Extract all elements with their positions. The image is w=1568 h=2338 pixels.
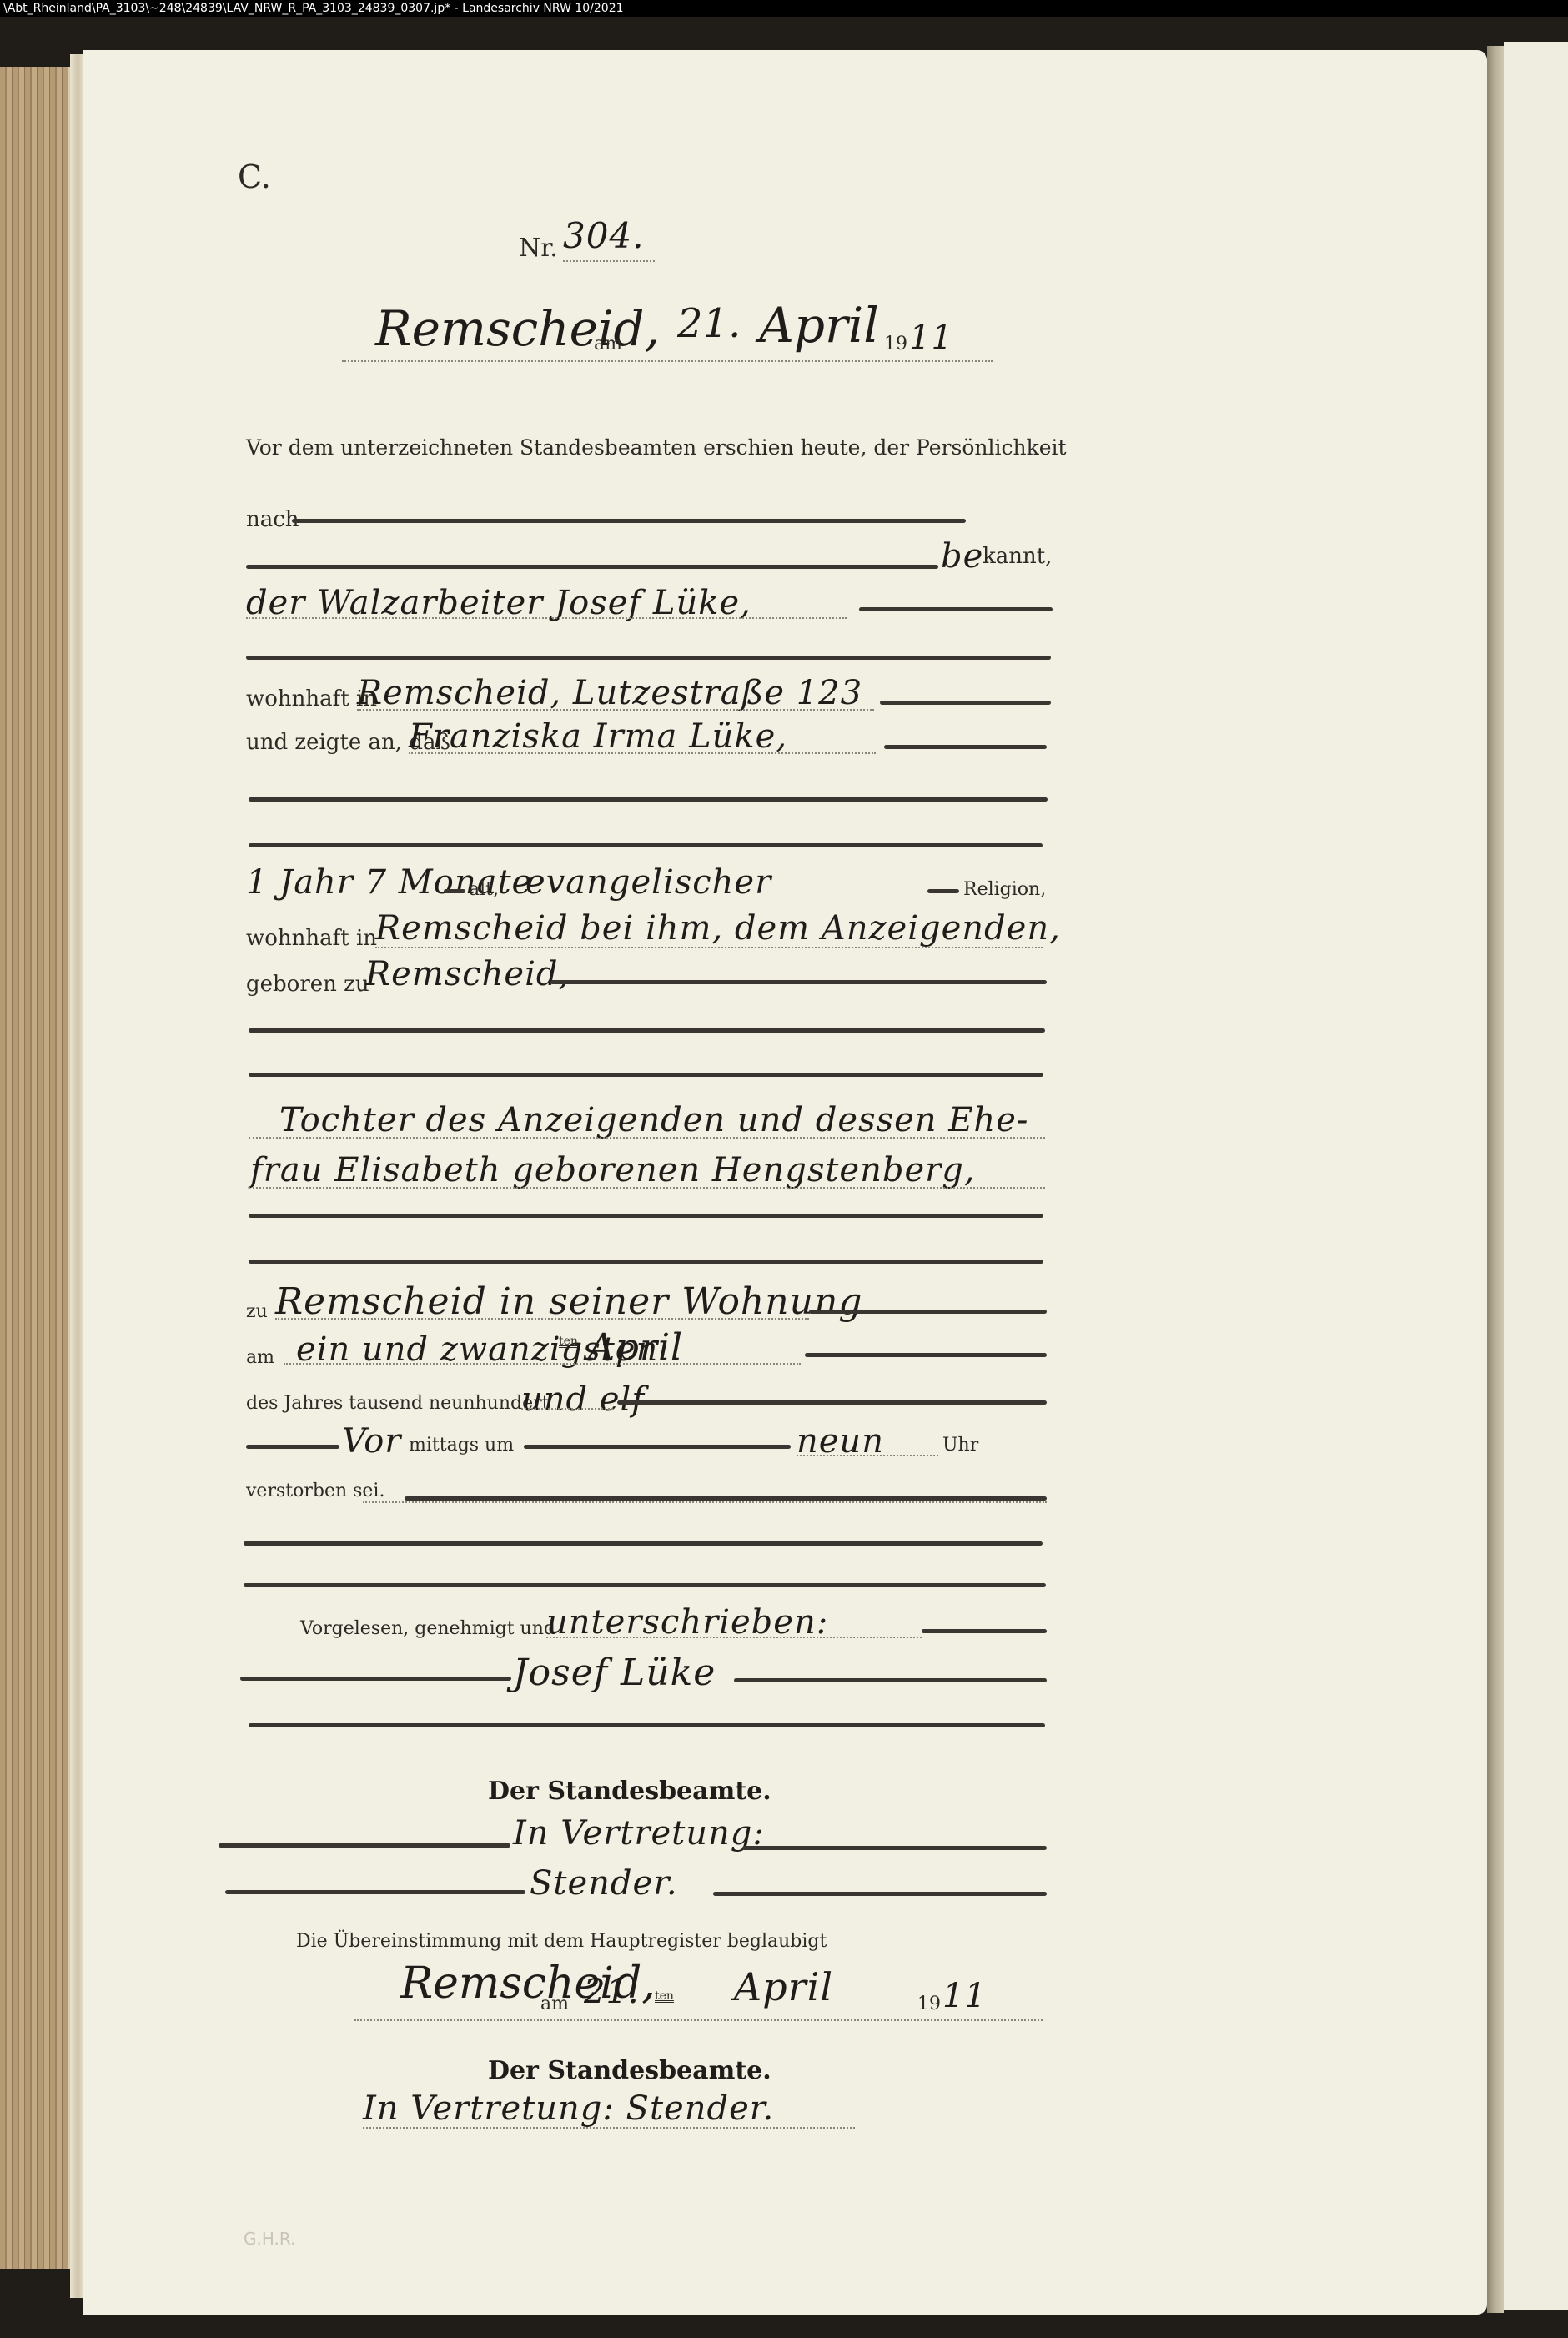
vorgelesen-rule bbox=[922, 1629, 1047, 1633]
nach-rule bbox=[292, 519, 966, 523]
official-title: Der Standesbeamte. bbox=[488, 1777, 771, 1806]
book-gutter bbox=[1487, 46, 1504, 2313]
parents-line-1: Tochter des Anzeigenden und dessen Ehe- bbox=[279, 1101, 1028, 1139]
blank-rule-4 bbox=[249, 1028, 1045, 1033]
parents-dots-2 bbox=[249, 1187, 1045, 1189]
age-rule bbox=[444, 889, 465, 893]
residence-dots bbox=[375, 947, 1043, 948]
register-no-label: Nr. bbox=[519, 234, 558, 263]
header-dots bbox=[342, 360, 993, 362]
birthplace: Remscheid, bbox=[365, 955, 570, 993]
cert-signature-dots bbox=[363, 2127, 855, 2129]
death-place: Remscheid in seiner Wohnung bbox=[275, 1280, 862, 1323]
vertretung-rule-left bbox=[219, 1843, 510, 1848]
mittags-label: mittags um bbox=[409, 1435, 514, 1456]
blank-rule-9 bbox=[244, 1583, 1046, 1587]
cert-am: am bbox=[540, 1994, 569, 2014]
register-page: C. Nr. 304. Remscheid, am 21. April 19 1… bbox=[83, 50, 1487, 2315]
time-prefix-rule bbox=[246, 1445, 339, 1449]
cert-year-suffix: 11 bbox=[942, 1977, 987, 2015]
ten-suffix: ten bbox=[559, 1335, 578, 1348]
cert-day: 21. bbox=[584, 1973, 640, 2011]
verstorben-dots bbox=[363, 1501, 1047, 1503]
religion-rule bbox=[927, 889, 959, 893]
address-dots bbox=[357, 709, 874, 711]
register-no-dots bbox=[563, 260, 655, 262]
cert-ten: ten bbox=[655, 1989, 674, 2003]
deceased-dots bbox=[409, 752, 876, 754]
death-place-rule bbox=[809, 1310, 1047, 1314]
verstorben-rule bbox=[405, 1496, 1047, 1501]
death-date-rule bbox=[805, 1353, 1047, 1357]
intro-text: Vor dem unterzeichneten Standesbeamten e… bbox=[246, 435, 1067, 460]
jahres-label: des Jahres tausend neunhundert bbox=[246, 1393, 549, 1414]
religion-label: Religion, bbox=[963, 879, 1046, 900]
zu-label: zu bbox=[246, 1301, 268, 1322]
hour-dots bbox=[797, 1455, 938, 1456]
book-page-stack bbox=[0, 67, 70, 2269]
parents-line-2: frau Elisabeth geborenen Hengstenberg, bbox=[250, 1151, 976, 1189]
signature-rule-left bbox=[240, 1677, 511, 1681]
header-month: April bbox=[759, 297, 879, 354]
deceased-residence: Remscheid bei ihm, dem Anzeigenden, bbox=[375, 909, 1061, 948]
mittags-rule bbox=[524, 1445, 791, 1449]
signature-rule-right bbox=[734, 1678, 1047, 1682]
bekannt-print: kannt, bbox=[983, 544, 1052, 569]
section-letter: C. bbox=[238, 158, 271, 195]
uhr-label: Uhr bbox=[942, 1435, 978, 1456]
blank-rule-10 bbox=[249, 1723, 1045, 1727]
nach-label: nach bbox=[246, 507, 299, 532]
cert-signature: In Vertretung: Stender. bbox=[363, 2089, 774, 2128]
page-stack-edge bbox=[70, 54, 83, 2298]
blank-rule-2 bbox=[249, 797, 1048, 802]
stender-rule-left bbox=[225, 1890, 525, 1894]
informant-signature: Josef Lüke bbox=[513, 1652, 716, 1694]
window-title-bar: \Abt_Rheinland\PA_3103\~248\24839\LAV_NR… bbox=[0, 0, 1568, 17]
death-year-words: und elf bbox=[521, 1380, 645, 1419]
certification-text: Die Übereinstimmung mit dem Hauptregiste… bbox=[296, 1931, 827, 1952]
verstorben-label: verstorben sei. bbox=[246, 1481, 384, 1501]
deceased-name: Franziska Irma Lüke, bbox=[409, 717, 787, 756]
official-title-2: Der Standesbeamte. bbox=[488, 2056, 771, 2085]
time-prefix: Vor bbox=[342, 1422, 401, 1461]
blank-rule-7 bbox=[249, 1260, 1043, 1264]
vorgelesen-label: Vorgelesen, genehmigt und bbox=[300, 1618, 555, 1639]
faint-stamp: G.H.R. bbox=[244, 2229, 295, 2249]
death-date-dots bbox=[284, 1363, 801, 1365]
in-vertretung: In Vertretung: bbox=[513, 1814, 765, 1853]
header-year-prefix: 19 bbox=[884, 334, 907, 354]
blank-rule-6 bbox=[249, 1214, 1043, 1218]
bekannt-hand: be bbox=[941, 537, 983, 576]
year-rule bbox=[617, 1400, 1047, 1405]
blank-rule-3 bbox=[249, 843, 1043, 847]
informant-dots bbox=[246, 617, 847, 619]
cert-month: April bbox=[734, 1964, 833, 2009]
stender-rule-right bbox=[713, 1892, 1047, 1896]
informant-address: Remscheid, Lutzestraße 123 bbox=[357, 674, 862, 712]
vertretung-rule-right bbox=[742, 1846, 1047, 1850]
header-year-suffix: 11 bbox=[909, 319, 953, 357]
alt-label: alt, bbox=[469, 879, 499, 900]
religion: evangelischer bbox=[525, 863, 771, 902]
cert-year-prefix: 19 bbox=[917, 1994, 941, 2014]
register-no: 304. bbox=[563, 215, 645, 256]
informant-rule bbox=[859, 607, 1053, 611]
vorgelesen-dots bbox=[546, 1637, 922, 1638]
bekannt-rule bbox=[246, 565, 938, 569]
deceased-rule bbox=[884, 745, 1047, 749]
am-label: am bbox=[246, 1347, 274, 1368]
blank-rule-1 bbox=[246, 656, 1051, 660]
wohnhaft2-label: wohnhaft in bbox=[246, 926, 377, 951]
birthplace-rule bbox=[550, 980, 1047, 984]
header-day: 21. bbox=[677, 300, 741, 347]
year-dots bbox=[521, 1408, 613, 1410]
blank-rule-5 bbox=[249, 1073, 1043, 1077]
official-signature: Stender. bbox=[530, 1864, 678, 1903]
address-rule bbox=[880, 701, 1051, 705]
facing-page-edge bbox=[1504, 42, 1568, 2310]
header-am: am bbox=[594, 334, 622, 354]
parents-dots-1 bbox=[249, 1137, 1045, 1139]
geboren-label: geboren zu bbox=[246, 972, 369, 997]
death-place-dots bbox=[275, 1318, 809, 1320]
window-title: \Abt_Rheinland\PA_3103\~248\24839\LAV_NR… bbox=[3, 2, 624, 15]
blank-rule-8 bbox=[244, 1541, 1043, 1546]
cert-dots bbox=[354, 2019, 1043, 2021]
